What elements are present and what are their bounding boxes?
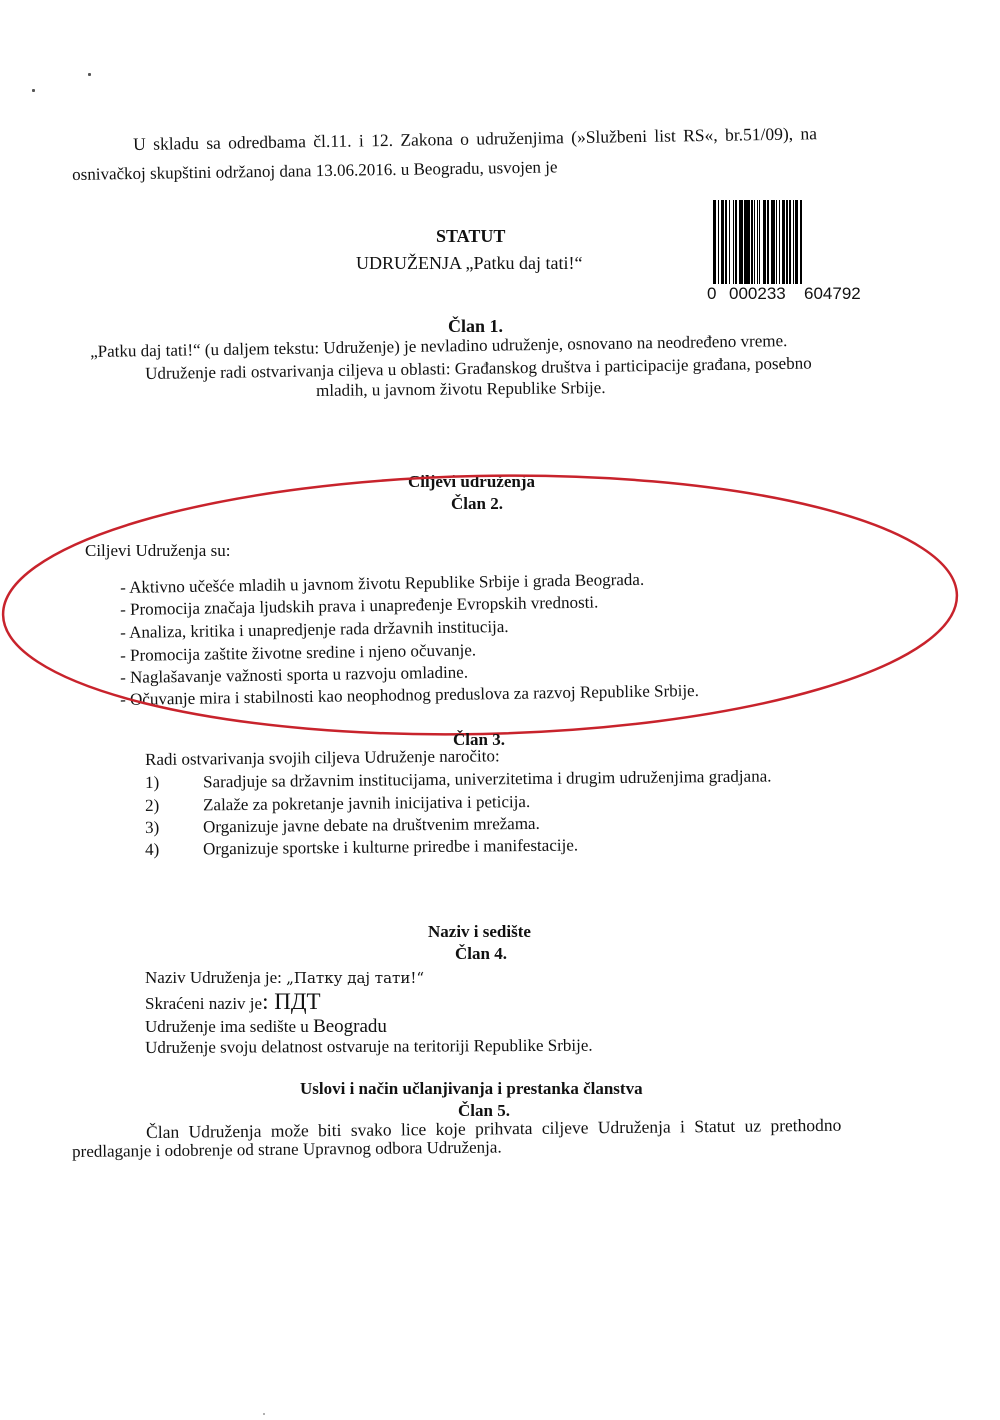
seat-line: Udruženje ima sedište u Beogradu — [145, 1017, 387, 1037]
action-item: 3)Organizuje javne debate na društvenim … — [145, 814, 540, 838]
goal-item: - Promocija zaštite životne sredine i nj… — [120, 640, 476, 666]
action-item-number: 2) — [145, 795, 203, 816]
goal-item: - Analiza, kritika i unapredjenje rada d… — [120, 617, 509, 643]
action-item-text: Zalaže za pokretanje javnih inicijativa … — [203, 792, 530, 814]
article-5-section-title: Uslovi i način učlanjivanja i prestanka … — [300, 1079, 643, 1099]
action-item: 4)Organizuje sportske i kulturne priredb… — [145, 835, 578, 860]
territory-line: Udruženje svoju delatnost ostvaruje na t… — [145, 1036, 593, 1058]
goal-item: - Naglašavanje važnosti sporta u razvoju… — [120, 663, 468, 688]
association-name-label: Naziv Udruženja je: — [145, 968, 286, 987]
article-2-section-title: Ciljevi udruženja — [408, 472, 535, 492]
action-item-text: Saradjuje sa državnim institucijama, uni… — [203, 766, 772, 791]
scan-speck — [88, 73, 91, 76]
article-1-heading: Član 1. — [448, 316, 503, 336]
barcode: 0 000233 604792 — [707, 198, 877, 308]
barcode-digits-middle: 000233 — [729, 284, 786, 304]
article-5-line-2: predlaganje i odobrenje od strane Upravn… — [72, 1138, 502, 1162]
document-subtitle: UDRUŽENJA „Patku daj tati!“ — [356, 253, 582, 273]
action-item-text: Organizuje sportske i kulturne priredbe … — [203, 835, 578, 858]
seat-label: Udruženje ima sedište u — [145, 1017, 313, 1036]
association-name-value: „Патку дај тати!“ — [286, 969, 424, 987]
action-item-number: 1) — [145, 772, 203, 793]
action-item-number: 3) — [145, 817, 203, 838]
article-3-intro: Radi ostvarivanja svojih ciljeva Udružen… — [145, 746, 500, 770]
action-item: 1)Saradjuje sa državnim institucijama, u… — [145, 766, 772, 793]
short-name-label: Skraćeni naziv je — [145, 994, 262, 1013]
short-name-value: : ПДТ — [262, 989, 321, 1014]
scan-speck — [263, 1413, 265, 1415]
action-item-text: Organizuje javne debate na društvenim mr… — [203, 814, 540, 837]
barcode-digit-left: 0 — [707, 284, 716, 304]
action-item-number: 4) — [145, 839, 203, 860]
document-title: STATUT — [436, 226, 505, 246]
seat-value: Beogradu — [313, 1016, 387, 1037]
short-name-line: Skraćeni naziv je: ПДТ — [145, 992, 321, 1014]
article-1-line-3: mladih, u javnom životu Republike Srbije… — [316, 378, 606, 401]
scan-speck — [32, 89, 35, 92]
action-item: 2)Zalaže za pokretanje javnih inicijativ… — [145, 792, 530, 816]
barcode-digits-right: 604792 — [804, 284, 861, 304]
article-4-section-title: Naziv i sedište — [428, 922, 531, 942]
preamble-line-2: osnivačkoj skupštini održanoj dana 13.06… — [72, 157, 558, 185]
preamble-line-1: U skladu sa odredbama čl.11. i 12. Zakon… — [133, 123, 817, 154]
article-4-heading: Član 4. — [455, 944, 507, 964]
article-2-heading: Član 2. — [451, 494, 503, 514]
article-2-intro: Ciljevi Udruženja su: — [85, 541, 230, 561]
association-name-line: Naziv Udruženja je: „Патку дај тати!“ — [145, 968, 424, 988]
